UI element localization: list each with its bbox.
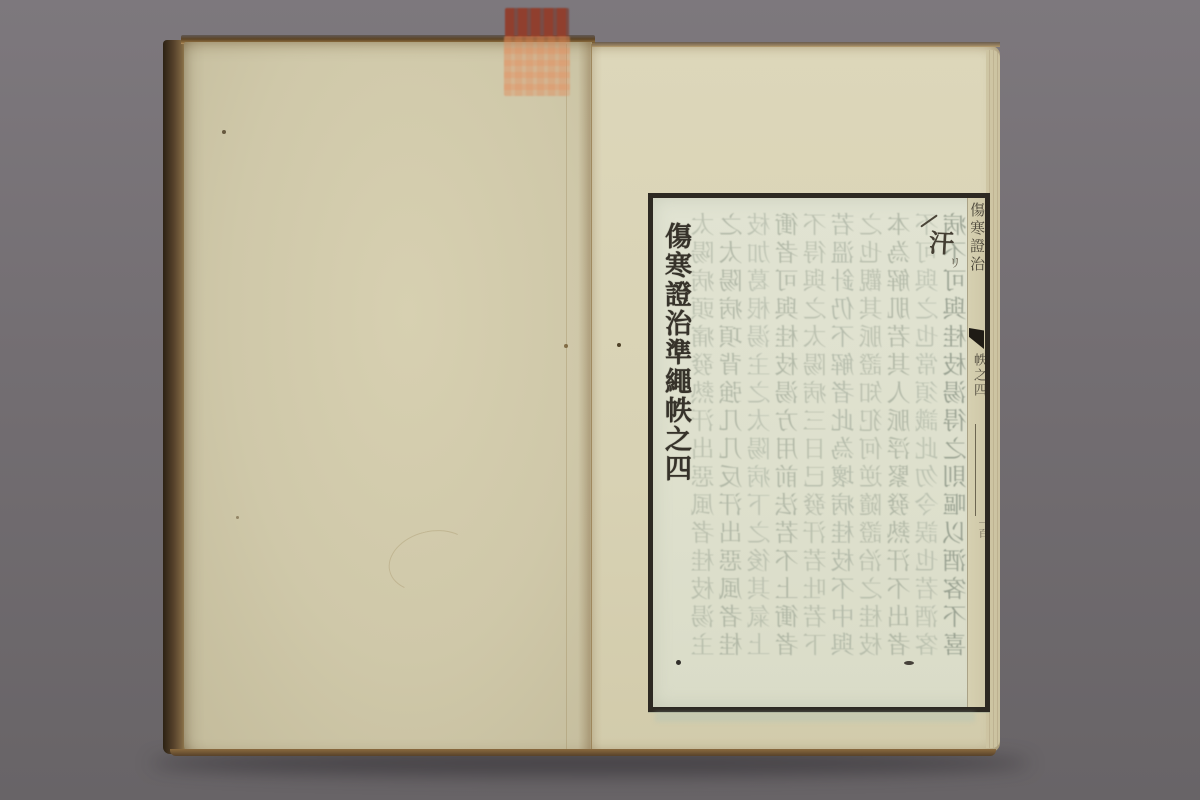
centerfold-sliver: 傷寒證治 帙之四 一百 [967, 198, 985, 707]
right-page-top-edge [592, 42, 1000, 47]
foxing-speck [676, 660, 681, 665]
left-page-crease [566, 44, 567, 752]
center-gutter-shadow [578, 42, 602, 754]
show-through-column: 不得與之太陽病三日已發汗若吐若下 [803, 212, 831, 704]
printed-border-frame: 太陽病頭痛發熱汗出惡風者桂枝湯主之太陽病項背強几几反汗出惡風者桂枝加葛根湯主之太… [648, 193, 990, 712]
sliver-page-number: 一百 [972, 518, 985, 558]
photo-of-open-woodblock-book: 太陽病頭痛發熱汗出惡風者桂枝湯主之太陽病項背強几几反汗出惡風者桂枝加葛根湯主之太… [0, 0, 1200, 800]
collector-seal-stamp [504, 36, 570, 96]
foxing-speck [222, 130, 226, 134]
handwritten-annotation: 汗 リ [925, 212, 959, 276]
foxing-speck [236, 516, 239, 519]
show-through-column: 太陽病頭痛發熱汗出惡風者桂枝湯主 [691, 212, 719, 704]
book-spine-edge [163, 40, 186, 754]
show-through-column: 之也觀其脈證知犯何逆隨證治之桂枝 [859, 212, 887, 704]
book-bottom-edge [170, 749, 996, 756]
left-blank-page [184, 42, 592, 755]
annotation-kana-mark: リ [949, 254, 961, 271]
show-through-column: 衝者可與桂枝湯方用前法若不上衝者 [775, 212, 803, 704]
fishtail-printers-mark [969, 328, 984, 349]
sliver-volume-text: 帙之四 [971, 353, 985, 433]
show-through-column: 本為解肌若其人脈浮緊發熱汗不出者 [887, 212, 915, 704]
ink-offset-smudge [655, 712, 975, 722]
faint-ring-stain [382, 521, 480, 600]
show-through-column: 枝加葛根湯主之太陽病下之後其氣上 [747, 212, 775, 704]
tissue-panel: 太陽病頭痛發熱汗出惡風者桂枝湯主之太陽病項背強几几反汗出惡風者桂枝加葛根湯主之太… [653, 198, 985, 707]
sliver-column-rule [975, 424, 976, 516]
foxing-speck [617, 343, 621, 347]
show-through-column: 不可與之也常須識此勿令誤也若酒客 [915, 212, 943, 704]
show-through-column: 之太陽病項背強几几反汗出惡風者桂 [719, 212, 747, 704]
foxing-speck [904, 661, 914, 665]
collector-seal-top-edge [505, 8, 569, 37]
sliver-title-text: 傷寒證治 [971, 202, 985, 327]
foxing-speck [564, 344, 568, 348]
show-through-column: 若溫針仍不解者此為壞病桂枝不中與 [831, 212, 859, 704]
gutter-fold-line [591, 44, 592, 752]
volume-title-column: 傷寒證治準繩帙之四 [660, 222, 690, 492]
